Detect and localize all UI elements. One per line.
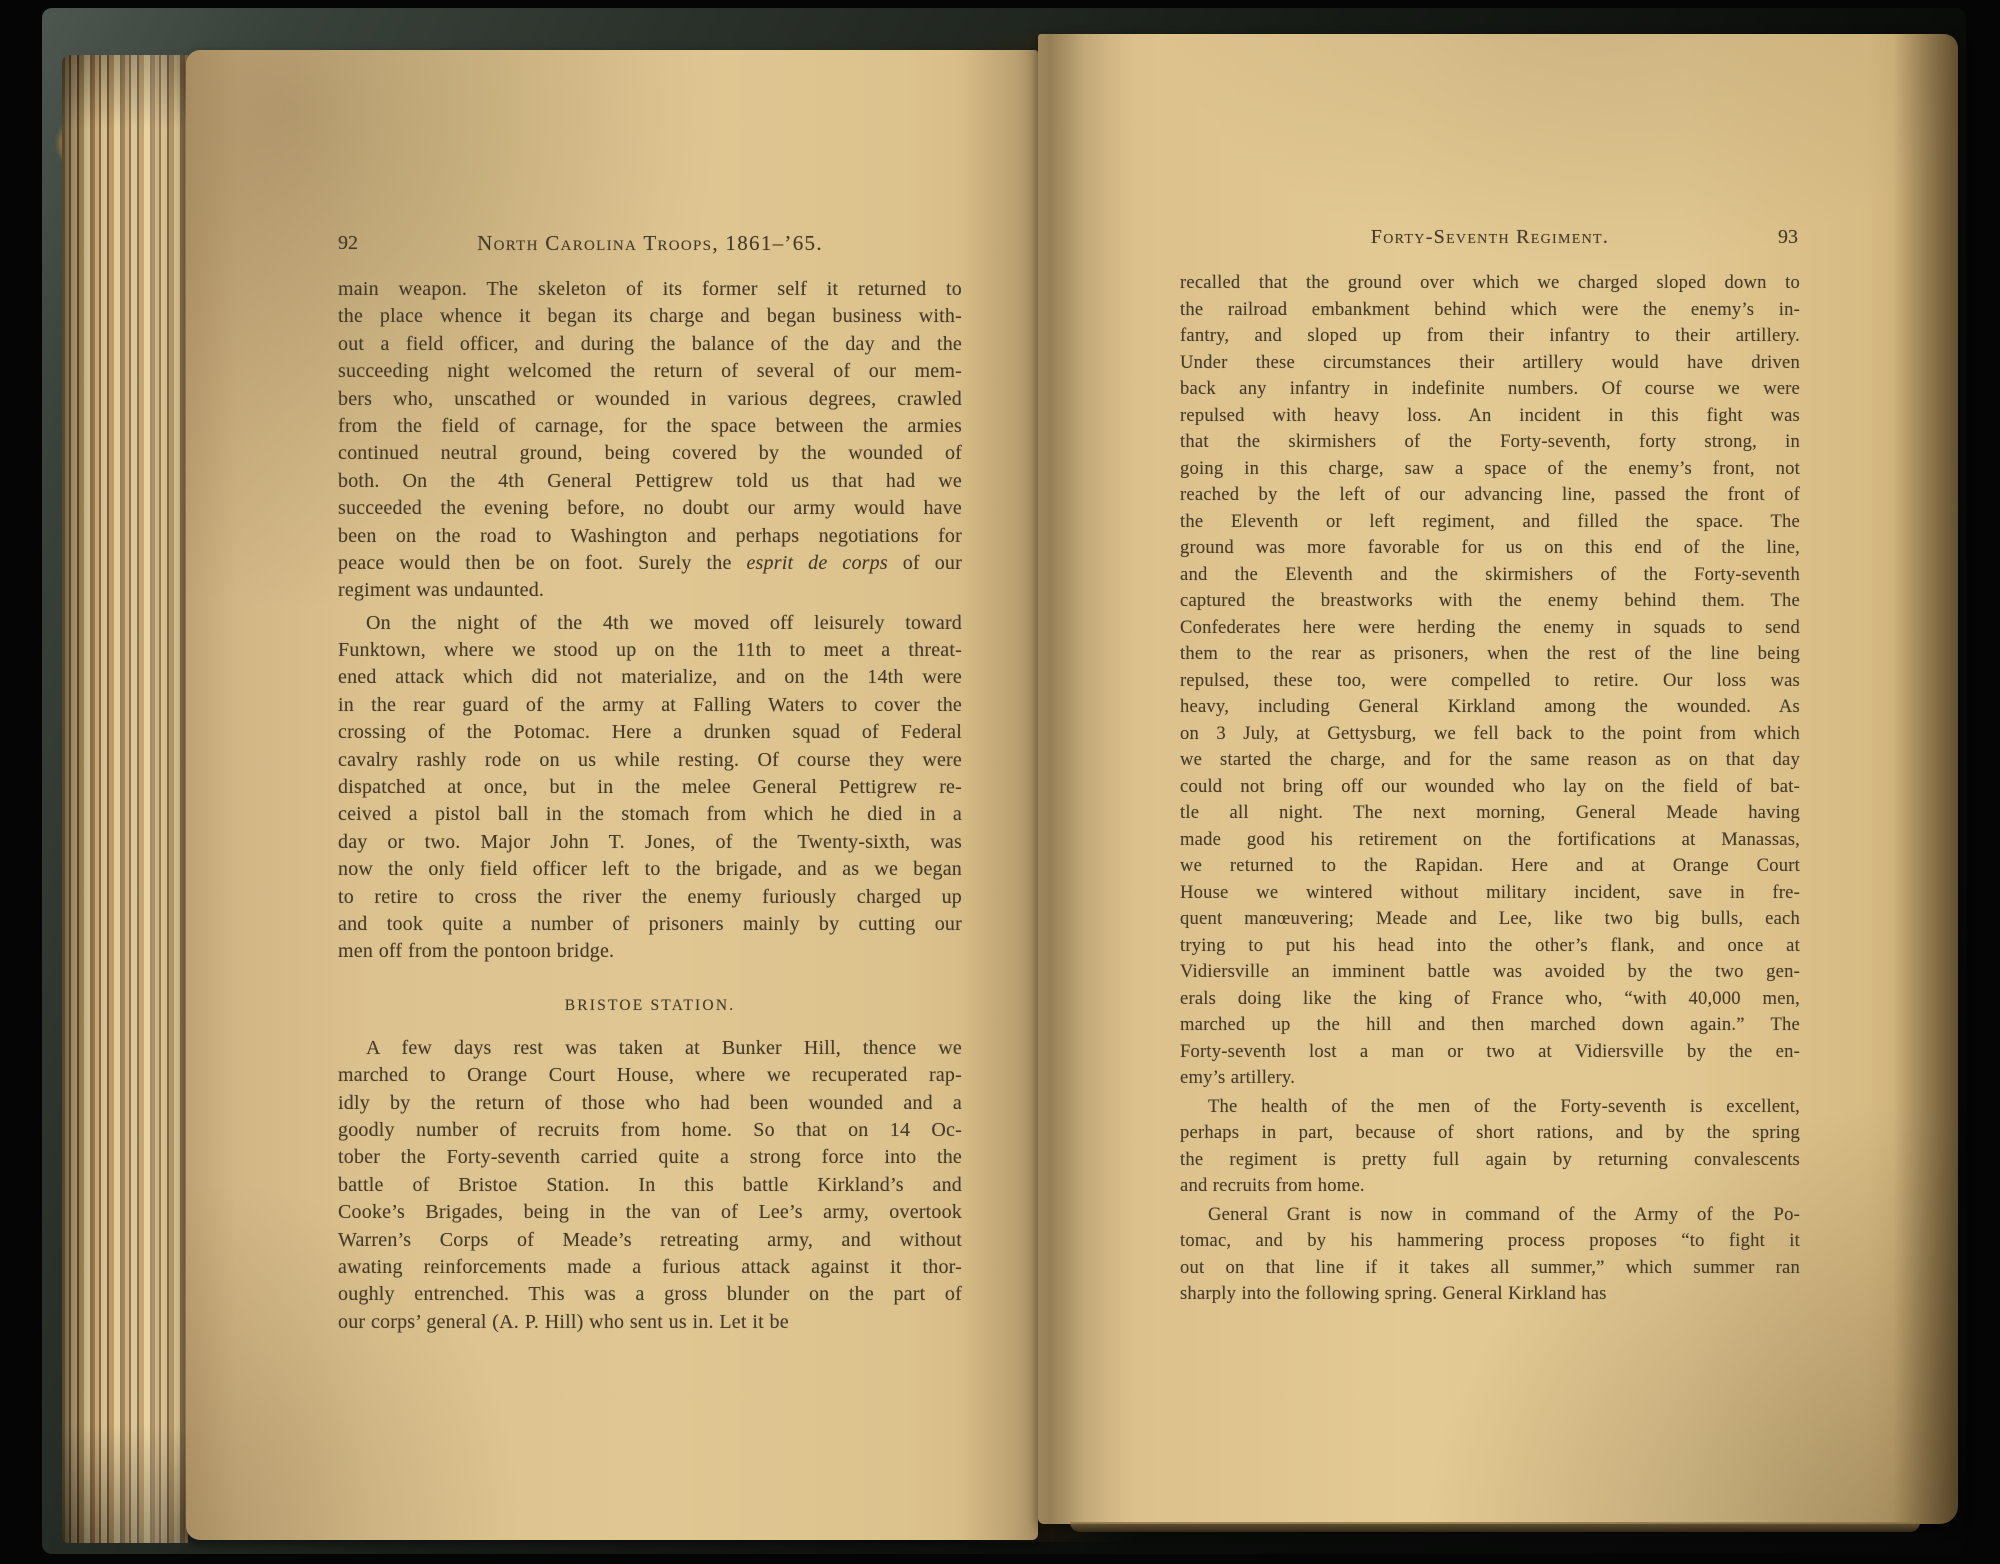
text-line: tober the Forty-seventh carried quite a … bbox=[338, 1144, 962, 1171]
text-line: to retire to cross the river the enemy f… bbox=[338, 884, 962, 911]
text-line: our corps’ general (A. P. Hill) who sent… bbox=[338, 1309, 962, 1336]
bottom-page-edge bbox=[1070, 1522, 1920, 1532]
right-page-text: recalled that the ground over which we c… bbox=[1180, 270, 1800, 1308]
text-line: fantry, and sloped up from their infantr… bbox=[1180, 323, 1800, 350]
text-line: quent manœuvering; Meade and Lee, like t… bbox=[1180, 906, 1800, 933]
text-line: now the only field officer left to the b… bbox=[338, 856, 962, 883]
text-line: the railroad embankment behind which wer… bbox=[1180, 297, 1800, 324]
text-line: tle all night. The next morning, General… bbox=[1180, 800, 1800, 827]
text-line: erals doing like the king of France who,… bbox=[1180, 986, 1800, 1013]
left-page-text: main weapon. The skeleton of its former … bbox=[338, 276, 962, 1336]
text-line: men off from the pontoon bridge. bbox=[338, 938, 962, 965]
text-line: them to the rear as prisoners, when the … bbox=[1180, 641, 1800, 668]
text-line: bers who, unscathed or wounded in variou… bbox=[338, 386, 962, 413]
paragraph: A few days rest was taken at Bunker Hill… bbox=[338, 1035, 962, 1336]
text-line: oughly entrenched. This was a gross blun… bbox=[338, 1281, 962, 1308]
text-line: repulsed, these too, were compelled to r… bbox=[1180, 668, 1800, 695]
text-line: House we wintered without military incid… bbox=[1180, 880, 1800, 907]
text-line: out on that line if it takes all summer,… bbox=[1180, 1255, 1800, 1282]
paragraph: main weapon. The skeleton of its former … bbox=[338, 276, 962, 605]
text-line: recalled that the ground over which we c… bbox=[1180, 270, 1800, 297]
text-line: succeeding night welcomed the return of … bbox=[338, 358, 962, 385]
text-line: goodly number of recruits from home. So … bbox=[338, 1117, 962, 1144]
text-line: going in this charge, saw a space of the… bbox=[1180, 456, 1800, 483]
text-line: the place whence it began its charge and… bbox=[338, 303, 962, 330]
text-line: both. On the 4th General Pettigrew told … bbox=[338, 468, 962, 495]
page-edges-stack bbox=[62, 55, 188, 1543]
text-line: sharply into the following spring. Gener… bbox=[1180, 1281, 1800, 1308]
text-line: Vidiersville an imminent battle was avoi… bbox=[1180, 959, 1800, 986]
text-line: tomac, and by his hammering process prop… bbox=[1180, 1228, 1800, 1255]
right-page: Forty-Seventh Regiment. 93 recalled that… bbox=[1038, 34, 1958, 1524]
text-line: in the rear guard of the army at Falling… bbox=[338, 692, 962, 719]
text-line: repulsed with heavy loss. An incident in… bbox=[1180, 403, 1800, 430]
text-line: battle of Bristoe Station. In this battl… bbox=[338, 1172, 962, 1199]
text-line: that the skirmishers of the Forty-sevent… bbox=[1180, 429, 1800, 456]
text-line: peace would then be on foot. Surely the … bbox=[338, 550, 962, 577]
paragraph: The health of the men of the Forty-seven… bbox=[1180, 1094, 1800, 1200]
right-page-number: 93 bbox=[1778, 222, 1798, 252]
text-line: the Eleventh or left regiment, and fille… bbox=[1180, 509, 1800, 536]
text-line: A few days rest was taken at Bunker Hill… bbox=[338, 1035, 962, 1062]
text-line: trying to put his head into the other’s … bbox=[1180, 933, 1800, 960]
right-page-header: Forty-Seventh Regiment. 93 bbox=[1180, 222, 1800, 252]
paragraph: General Grant is now in command of the A… bbox=[1180, 1202, 1800, 1308]
text-line: Funktown, where we stood up on the 11th … bbox=[338, 637, 962, 664]
text-line: ground was more favorable for us on this… bbox=[1180, 535, 1800, 562]
text-line: crossing of the Potomac. Here a drunken … bbox=[338, 719, 962, 746]
left-running-title: North Carolina Troops, 1861–’65. bbox=[338, 228, 962, 258]
text-line: reached by the left of our advancing lin… bbox=[1180, 482, 1800, 509]
text-line: out a field officer, and during the bala… bbox=[338, 331, 962, 358]
right-running-title: Forty-Seventh Regiment. bbox=[1180, 222, 1800, 252]
text-line: heavy, including General Kirkland among … bbox=[1180, 694, 1800, 721]
text-line: The health of the men of the Forty-seven… bbox=[1180, 1094, 1800, 1121]
text-line: Confederates here were herding the enemy… bbox=[1180, 615, 1800, 642]
text-line: awating reinforcements made a furious at… bbox=[338, 1254, 962, 1281]
text-line: captured the breastworks with the enemy … bbox=[1180, 588, 1800, 615]
text-line: could not bring off our wounded who lay … bbox=[1180, 774, 1800, 801]
text-line: succeeded the evening before, no doubt o… bbox=[338, 495, 962, 522]
left-page-number: 92 bbox=[338, 228, 358, 258]
paragraph: On the night of the 4th we moved off lei… bbox=[338, 610, 962, 966]
text-line: and took quite a number of prisoners mai… bbox=[338, 911, 962, 938]
text-line: General Grant is now in command of the A… bbox=[1180, 1202, 1800, 1229]
text-line: and the Eleventh and the skirmishers of … bbox=[1180, 562, 1800, 589]
text-line: been on the road to Washington and perha… bbox=[338, 523, 962, 550]
text-line: back any infantry in indefinite numbers.… bbox=[1180, 376, 1800, 403]
text-line: On the night of the 4th we moved off lei… bbox=[338, 610, 962, 637]
text-line: marched up the hill and then marched dow… bbox=[1180, 1012, 1800, 1039]
paragraph: recalled that the ground over which we c… bbox=[1180, 270, 1800, 1092]
text-line: regiment was undaunted. bbox=[338, 577, 962, 604]
text-line: we started the charge, and for the same … bbox=[1180, 747, 1800, 774]
text-line: made good his retirement on the fortific… bbox=[1180, 827, 1800, 854]
text-line: from the field of carnage, for the space… bbox=[338, 413, 962, 440]
text-line: continued neutral ground, being covered … bbox=[338, 440, 962, 467]
section-heading: BRISTOE STATION. bbox=[338, 992, 962, 1019]
left-page-header: 92 North Carolina Troops, 1861–’65. bbox=[338, 228, 962, 258]
text-line: Forty-seventh lost a man or two at Vidie… bbox=[1180, 1039, 1800, 1066]
left-page: 92 North Carolina Troops, 1861–’65. main… bbox=[186, 50, 1038, 1540]
text-line: on 3 July, at Gettysburg, we fell back t… bbox=[1180, 721, 1800, 748]
text-line: cavalry rashly rode on us while resting.… bbox=[338, 747, 962, 774]
text-line: marched to Orange Court House, where we … bbox=[338, 1062, 962, 1089]
text-line: dispatched at once, but in the melee Gen… bbox=[338, 774, 962, 801]
open-book-photo: 92 North Carolina Troops, 1861–’65. main… bbox=[0, 0, 2000, 1564]
text-line: day or two. Major John T. Jones, of the … bbox=[338, 829, 962, 856]
text-line: Cooke’s Brigades, being in the van of Le… bbox=[338, 1199, 962, 1226]
text-line: main weapon. The skeleton of its former … bbox=[338, 276, 962, 303]
text-line: Under these circumstances their artiller… bbox=[1180, 350, 1800, 377]
text-line: and recruits from home. bbox=[1180, 1173, 1800, 1200]
text-line: the regiment is pretty full again by ret… bbox=[1180, 1147, 1800, 1174]
text-line: perhaps in part, because of short ration… bbox=[1180, 1120, 1800, 1147]
text-line: ceived a pistol ball in the stomach from… bbox=[338, 801, 962, 828]
text-line: Warren’s Corps of Meade’s retreating arm… bbox=[338, 1227, 962, 1254]
text-line: we returned to the Rapidan. Here and at … bbox=[1180, 853, 1800, 880]
text-line: idly by the return of those who had been… bbox=[338, 1090, 962, 1117]
text-line: emy’s artillery. bbox=[1180, 1065, 1800, 1092]
text-line: ened attack which did not materialize, a… bbox=[338, 664, 962, 691]
